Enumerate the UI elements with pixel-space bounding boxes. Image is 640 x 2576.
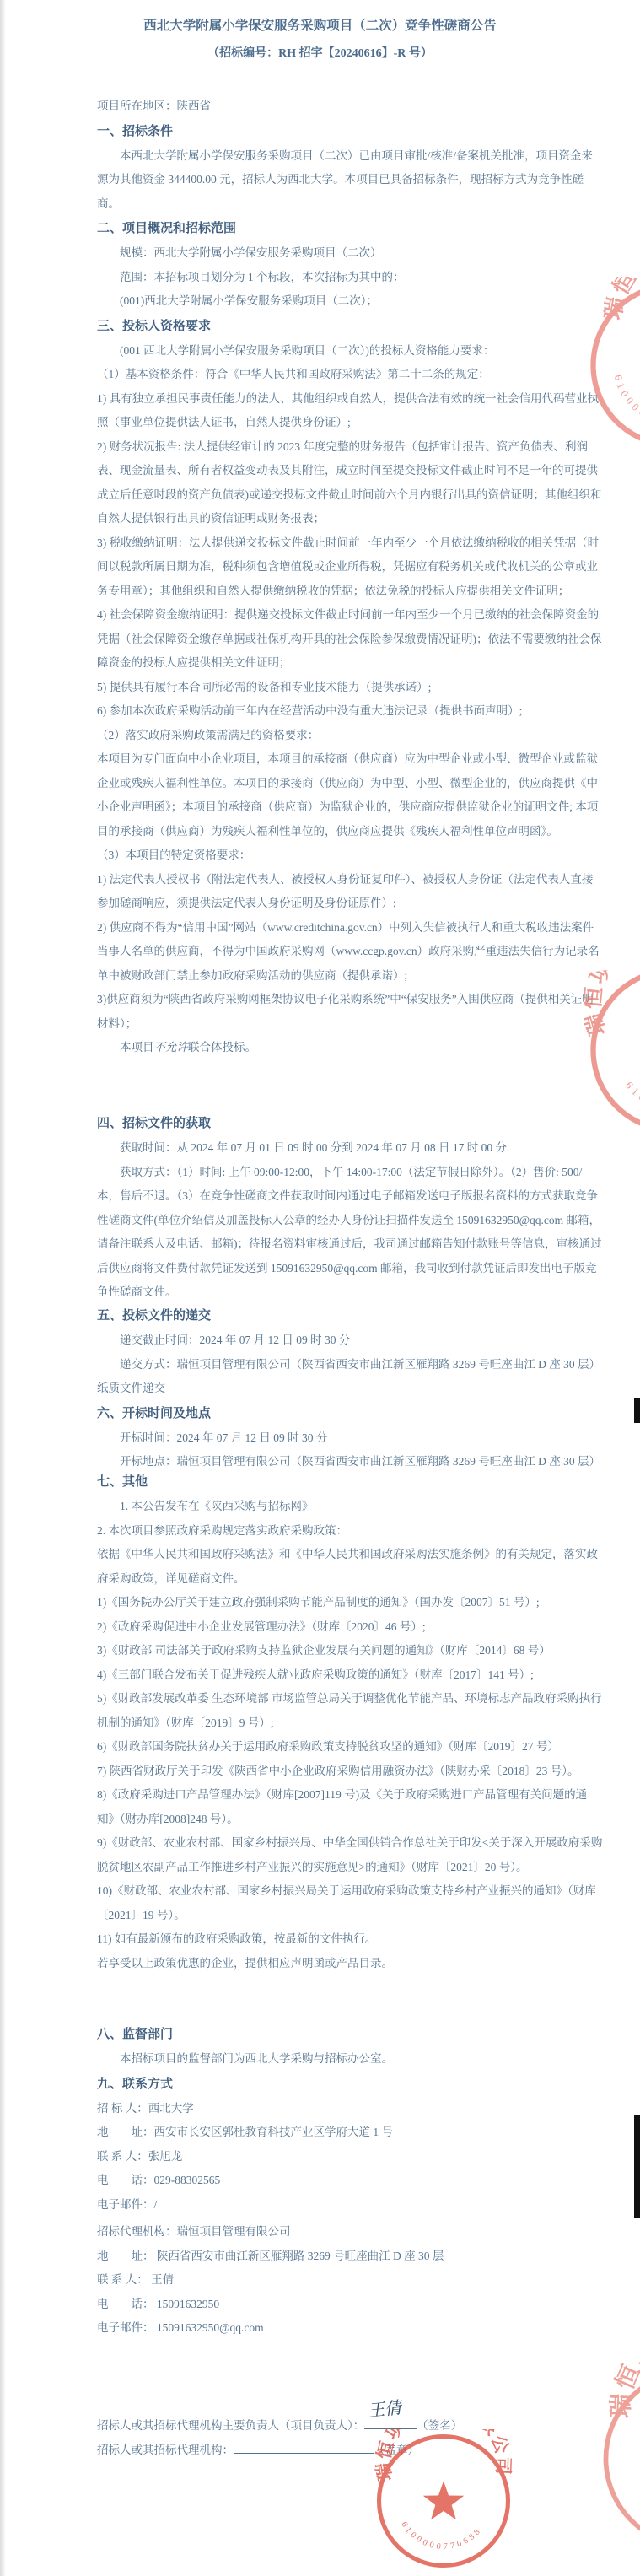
section-heading-3-bidder-qualifications: 三、投标人资格要求: [97, 314, 603, 339]
consortium-pre: 本项目: [120, 1041, 154, 1054]
basic-item-3: 3) 税收缴纳证明：法人提供递交投标文件截止时间前一年内至少一个月依法缴纳税收的…: [97, 531, 603, 604]
other-note-1: 1. 本公告发布在《陕西采购与招标网》: [97, 1495, 603, 1519]
policy-basis: 依据《中华人民共和国政府采购法》和《中华人民共和国政府采购法实施条例》的有关规定…: [97, 1543, 603, 1591]
scan-edge-shadow: [0, 0, 6, 2576]
supervision-text: 本招标项目的监督部门为西北大学采购与招标办公室。: [97, 2047, 603, 2072]
opening-time: 开标时间：2024 年 07 月 12 日 09 时 30 分: [97, 1426, 603, 1451]
section-block-supervision-contacts: 八、监督部门 本招标项目的监督部门为西北大学采购与招标办公室。 九、联系方式 招…: [97, 2022, 603, 2217]
acquisition-time: 获取时间：从 2024 年 07 月 01 日 09 时 00 分到 2024 …: [97, 1136, 603, 1161]
section-heading-8-supervision: 八、监督部门: [97, 2022, 603, 2047]
regulation-6: 6)《财政部国务院扶贫办关于运用政府采购政策支持脱贫攻坚的通知》（财库〔2019…: [97, 1735, 603, 1760]
edge-seal-stamp-middle: 瑞恒项目管理有限公司 6100000770688: [584, 962, 640, 1135]
regulation-4: 4)《三部门联合发布关于促进残疾人就业政府采购政策的通知》（财库〔2017〕14…: [97, 1663, 603, 1688]
consortium-not-allowed: 不允许: [154, 1041, 189, 1054]
policy-benefit-note: 若享受以上政策优惠的企业，提供相应声明函或产品目录。: [97, 1952, 603, 1976]
seal-number-text: 6100000770688: [399, 2520, 481, 2552]
section-heading-6-bid-opening: 六、开标时间及地点: [97, 1401, 603, 1426]
tender-conditions-text: 本西北大学附属小学保安服务采购项目（二次）已由项目审批/核准/备案机关批准，项目…: [97, 144, 603, 217]
section-heading-5-bid-submission: 五、投标文件的递交: [97, 1303, 603, 1328]
edge-seal-svg-bottom: 瑞恒项目管理有限公司: [596, 2362, 640, 2563]
seal-line-label: 招标人或其招标代理机构：: [97, 2444, 234, 2456]
regulation-10: 10)《财政部、农业农村部、国家乡村振兴局关于运用政府采购政策支持乡村产业振兴的…: [97, 1879, 603, 1927]
policy-qualification-text: 本项目为专门面向中小企业项目，本项目的承接商（供应商）应为中型企业或小型、微型企…: [97, 747, 603, 843]
specific-item-3: 3)供应商须为“陕西省政府采购网框架协议电子化采购系统”中“保安服务”入围供应商…: [97, 988, 603, 1036]
signature-block: 招标人或其招标代理机构主要负责人（项目负责人）：王倩（签名） 招标人或其招标代理…: [97, 2414, 603, 2462]
scan-artifact-bar: [634, 2115, 640, 2218]
edge-seal-svg-top: 瑞恒项目管理有限公司 6100000770688: [584, 277, 640, 450]
document-header: 西北大学附属小学保安服务采购项目（二次）竞争性磋商公告 （招标编号：RH 招字【…: [0, 13, 640, 66]
basic-item-6: 6) 参加本次政府采购活动前三年内在经营活动中没有重大违法记录（提供书面声明）;: [97, 699, 603, 724]
tenderer-phone: 电 话：029-88302565: [97, 2169, 603, 2193]
basic-qualification-heading: （1）基本资格条件：符合《中华人民共和国政府采购法》第二十二条的规定：: [97, 363, 603, 387]
project-leader-signature-line: 招标人或其招标代理机构主要负责人（项目负责人）：王倩（签名）: [97, 2414, 603, 2439]
agency-contact-block: 招标代理机构：瑞恒项目管理有限公司 地 址： 陕西省西安市曲江新区雁翔路 326…: [97, 2220, 603, 2341]
announcement-document-page: 西北大学附属小学保安服务采购项目（二次）竞争性磋商公告 （招标编号：RH 招字【…: [0, 0, 640, 2576]
company-seal-stamp: 瑞恒项目管理有限公司 6100000770688: [372, 2429, 515, 2573]
regulation-5: 5)《财政部发展改革委 生态环境部 市场监管总局关于调整优化节能产品、环境标志产…: [97, 1687, 603, 1735]
tenderer-name: 招 标 人：西北大学: [97, 2097, 603, 2121]
agency-email: 电子邮件： 15091632950@qq.com: [97, 2316, 603, 2341]
regulation-11: 11) 如有最新颁布的政府采购政策，按最新的文件执行。: [97, 1927, 603, 1952]
agency-phone: 电 话： 15091632950: [97, 2293, 603, 2317]
regulation-1: 1)《国务院办公厅关于建立政府强制采购节能产品制度的通知》（国办发〔2007〕5…: [97, 1591, 603, 1615]
section-heading-4-document-acquisition: 四、招标文件的获取: [97, 1111, 603, 1136]
acquisition-method: 获取方式：（1）时间: 上午 09:00-12:00，下午 14:00-17:0…: [97, 1161, 603, 1305]
other-note-2: 2. 本次项目参照政府采购规定落实政府采购政策：: [97, 1519, 603, 1544]
regulation-9: 9)《财政部、农业农村部、国家乡村振兴局、中华全国供销合作总社关于印发<关于深入…: [97, 1831, 603, 1879]
submission-method: 递交方式：瑞恒项目管理有限公司（陕西省西安市曲江新区雁翔路 3269 号旺座曲江…: [97, 1353, 603, 1401]
scan-artifact-bar: [634, 1398, 640, 1423]
section-heading-7-others: 七、其他: [97, 1469, 603, 1495]
consortium-post: 联合体投标。: [188, 1041, 256, 1054]
specific-qualification-heading: （3）本项目的特定资格要求：: [97, 843, 603, 868]
regulation-7: 7) 陕西省财政厅关于印发《陕西省中小企业政府采购信用融资办法》（陕财办采〔20…: [97, 1760, 603, 1784]
qualification-intro: (001 西北大学附属小学保安服务采购项目（二次）)的投标人资格能力要求：: [97, 339, 603, 364]
agency-seal-line: 招标人或其招标代理机构：（盖章）: [97, 2439, 603, 2463]
edge-seal-svg-middle: 瑞恒项目管理有限公司 6100000770688: [584, 962, 640, 1135]
submission-deadline: 递交截止时间：2024 年 07 月 12 日 09 时 30 分: [97, 1328, 603, 1353]
regulation-2: 2)《政府采购促进中小企业发展管理办法》（财库〔2020〕46 号）;: [97, 1615, 603, 1640]
basic-item-1: 1) 具有独立承担民事责任能力的法人、其他组织或自然人，提供合法有效的统一社会信…: [97, 387, 603, 435]
section-block-submission-opening: 五、投标文件的递交 递交截止时间：2024 年 07 月 12 日 09 时 3…: [97, 1303, 603, 1474]
section-heading-9-contacts: 九、联系方式: [97, 2072, 603, 2097]
section-block-document-acquisition: 四、招标文件的获取 获取时间：从 2024 年 07 月 01 日 09 时 0…: [97, 1111, 603, 1305]
consortium-statement: 本项目不允许联合体投标。: [97, 1036, 603, 1060]
agency-contact-person: 联 系 人： 王倩: [97, 2268, 603, 2293]
tenderer-address: 地 址：西安市长安区郭杜教育科技产业区学府大道 1 号: [97, 2121, 603, 2145]
tender-number: （招标编号：RH 招字【20240616】-R 号）: [0, 42, 640, 66]
policy-qualification-heading: （2）落实政府采购政策需满足的资格要求：: [97, 724, 603, 748]
tenderer-email: 电子邮件：/: [97, 2193, 603, 2218]
basic-item-2: 2) 财务状况报告: 法人提供经审计的 2023 年度完整的财务报告（包括审计报…: [97, 435, 603, 531]
project-scope: 范围：本招标项目划分为 1 个标段，本次招标为其中的：: [97, 266, 603, 290]
page-title: 西北大学附属小学保安服务采购项目（二次）竞争性磋商公告: [0, 13, 640, 39]
seal-underline: [234, 2440, 374, 2454]
basic-item-4: 4) 社会保障资金缴纳证明：提供递交投标文件截止时间前一年内至少一个月已缴纳的社…: [97, 603, 603, 676]
section-block-others: 七、其他 1. 本公告发布在《陕西采购与招标网》 2. 本次项目参照政府采购规定…: [97, 1469, 603, 1975]
signature-underline: 王倩: [364, 2416, 417, 2429]
section-heading-1-tender-conditions: 一、招标条件: [97, 119, 603, 144]
section-heading-2-project-overview: 二、项目概况和招标范围: [97, 216, 603, 241]
tenderer-contact-person: 联 系 人：张旭龙: [97, 2145, 603, 2169]
signature-line1-label: 招标人或其招标代理机构主要负责人（项目负责人）：: [97, 2419, 364, 2432]
handwritten-signature: 王倩: [367, 2395, 403, 2423]
regulation-8: 8)《政府采购进口产品管理办法》（财库[2007]119 号)及《关于政府采购进…: [97, 1783, 603, 1831]
project-lot: (001)西北大学附属小学保安服务采购项目（二次）；: [97, 289, 603, 314]
edge-seal-stamp-top: 瑞恒项目管理有限公司 6100000770688: [584, 277, 640, 450]
project-scale: 规模：西北大学附属小学保安服务采购项目（二次）: [97, 241, 603, 266]
specific-item-1: 1) 法定代表人授权书（附法定代表人、被授权人身份证复印件）、被授权人身份证（法…: [97, 868, 603, 916]
basic-item-5: 5) 提供具有履行本合同所必需的设备和专业技术能力（提供承诺）;: [97, 676, 603, 700]
project-region: 项目所在地区：陕西省: [97, 94, 603, 119]
seal-star-icon: [423, 2481, 464, 2519]
regulation-3: 3)《财政部 司法部关于政府采购支持监狱企业发展有关问题的通知》（财库〔2014…: [97, 1639, 603, 1663]
edge-seal-stamp-bottom: 瑞恒项目管理有限公司: [596, 2362, 640, 2563]
agency-address: 地 址： 陕西省西安市曲江新区雁翔路 3269 号旺座曲江 D 座 30 层: [97, 2245, 603, 2269]
specific-item-2: 2) 供应商不得为“信用中国”网站（www.creditchina.gov.cn…: [97, 916, 603, 989]
agency-name: 招标代理机构：瑞恒项目管理有限公司: [97, 2220, 603, 2245]
section-block-conditions-scope-qualification: 项目所在地区：陕西省 一、招标条件 本西北大学附属小学保安服务采购项目（二次）已…: [97, 94, 603, 1060]
